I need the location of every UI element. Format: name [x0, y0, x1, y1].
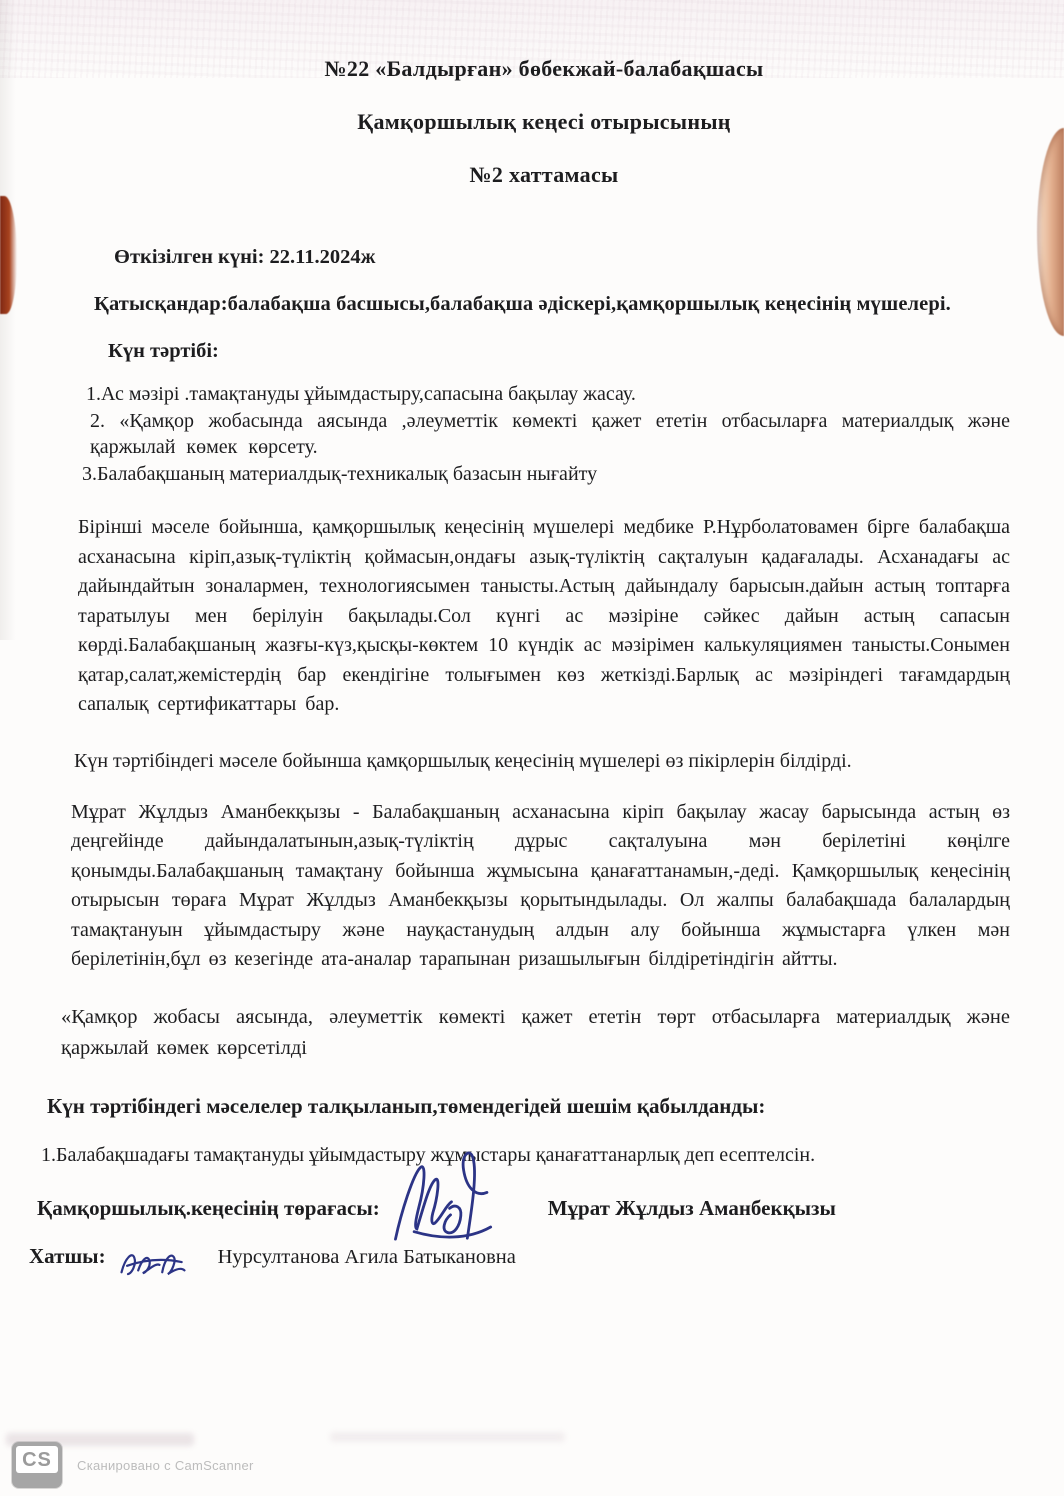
- chairman-role-label: Қамқоршылық.кеңесінің төрағасы:: [37, 1196, 380, 1221]
- paragraph-members-opinions: Күн тәртібіндегі мәселе бойынша қамқоршы…: [74, 747, 1010, 776]
- decision-item-1: 1.Балабақшадағы тамақтануды ұйымдастыру …: [41, 1142, 1010, 1168]
- document-header: №22 «Балдырған» бөбекжай-балабақшасы Қам…: [78, 56, 1010, 188]
- decision-heading: Күн тәртібіндегі мәселелер талқыланып,тө…: [47, 1093, 1010, 1119]
- signature-row-secretary: Хатшы: Нурсултанова Агила Батыкановна: [29, 1244, 1010, 1274]
- paragraph-inspection-report: Бірінші мәселе бойынша, қамқоршылық кеңе…: [78, 513, 1010, 720]
- document-title-line2: Қамқоршылық кеңесі отырысының: [78, 109, 1010, 135]
- scan-smudge: [330, 1432, 565, 1442]
- scanned-document-page: №22 «Балдырған» бөбекжай-балабақшасы Қам…: [0, 0, 1064, 1496]
- agenda-label: Күн тәртібі:: [108, 338, 1010, 364]
- secretary-signature-icon: [116, 1244, 190, 1282]
- camscanner-logo-icon: CS: [12, 1442, 62, 1488]
- camscanner-caption: Сканировано с CamScanner: [77, 1458, 254, 1473]
- chairman-signature-icon: [388, 1147, 500, 1251]
- camscanner-logo-text: CS: [22, 1450, 52, 1470]
- paragraph-chairman-statement: Мұрат Жұлдыз Аманбекқызы - Балабақшаның …: [71, 798, 1010, 975]
- chairman-name: Мұрат Жұлдыз Аманбекқызы: [548, 1196, 836, 1221]
- agenda-item-2: 2. «Қамқор жобасында аясында ,әлеуметтік…: [90, 408, 1010, 461]
- agenda-item-3: 3.Балабақшаның материалдық-техникалық ба…: [82, 461, 1010, 488]
- secretary-name: Нурсултанова Агила Батыкановна: [218, 1246, 516, 1269]
- agenda-item-1: 1.Ас мәзірі .тамақтануды ұйымдастыру,сап…: [86, 381, 1010, 408]
- paragraph-qamqor-project: «Қамқор жобасы аясында, әлеуметтік көмек…: [61, 1002, 1010, 1064]
- meeting-date: Өткізілген күні: 22.11.2024ж: [114, 244, 1010, 270]
- meta-block: Өткізілген күні: 22.11.2024ж Қатысқандар…: [78, 244, 1010, 364]
- camscanner-logo-inner: CS: [16, 1446, 58, 1473]
- agenda-list: 1.Ас мәзірі .тамақтануды ұйымдастыру,сап…: [78, 381, 1010, 487]
- finger-photo-artifact: [1037, 128, 1064, 336]
- signature-row-chairman: Қамқоршылық.кеңесінің төрағасы: Мұрат Жұ…: [37, 1196, 1010, 1221]
- document-content: №22 «Балдырған» бөбекжай-балабақшасы Қам…: [78, 56, 1010, 1274]
- participants-line: Қатысқандар:балабақша басшысы,балабақша …: [94, 291, 1010, 317]
- secretary-role-label: Хатшы:: [29, 1244, 106, 1269]
- camscanner-watermark: CS Сканировано с CamScanner: [12, 1442, 254, 1488]
- document-title-line3: №2 хаттамасы: [78, 162, 1010, 188]
- document-title-line1: №22 «Балдырған» бөбекжай-балабақшасы: [78, 56, 1010, 82]
- paper-edge-shadow: [0, 0, 16, 640]
